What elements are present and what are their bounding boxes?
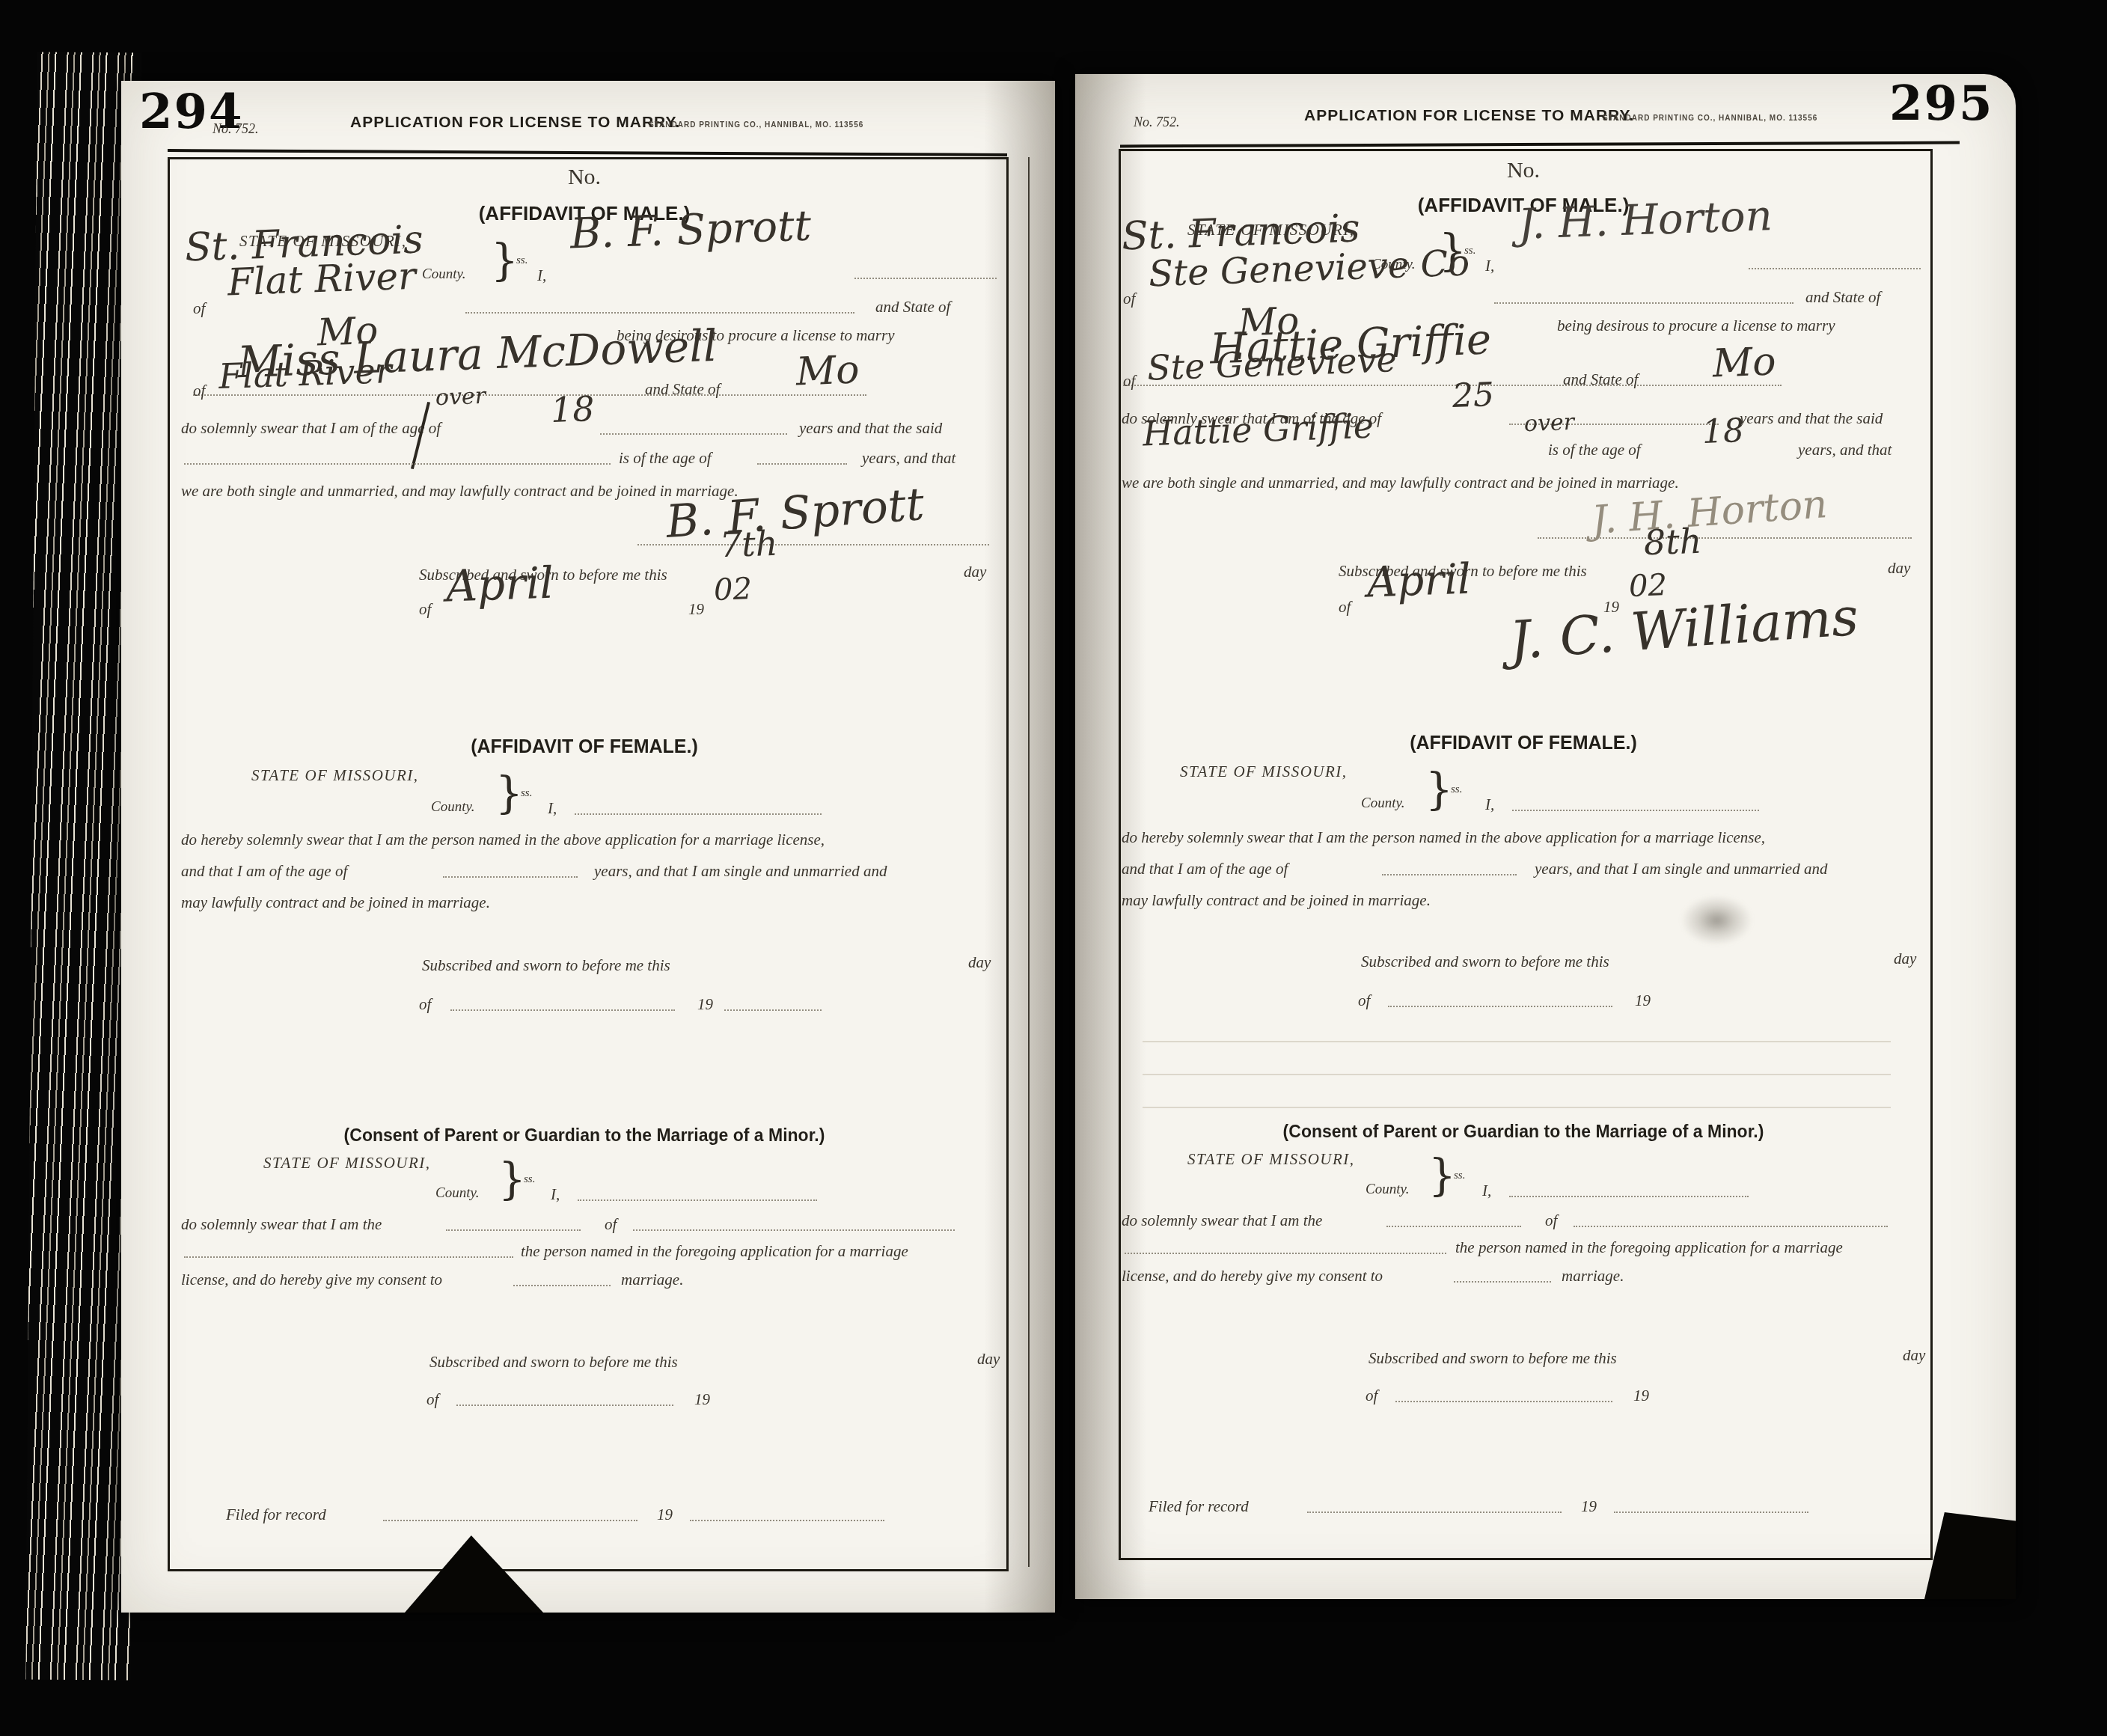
blank-line bbox=[578, 1199, 817, 1201]
blank-line bbox=[575, 813, 822, 815]
bride-residence-handwritten: Flat River bbox=[218, 353, 392, 394]
blank-line bbox=[1386, 1225, 1521, 1227]
and-state-of-label: and State of bbox=[875, 298, 950, 317]
female-swear-line: do hereby solemnly swear that I am the p… bbox=[1122, 828, 1765, 847]
ss-label: ss. bbox=[521, 787, 532, 800]
consent-of-label: of bbox=[1545, 1211, 1557, 1230]
year-handwritten: 02 bbox=[1628, 570, 1667, 602]
nineteen-label: 19 bbox=[1635, 991, 1651, 1010]
day-label: day bbox=[1888, 559, 1910, 578]
county-label: County. bbox=[422, 266, 466, 283]
page-294: 294 No. 752. APPLICATION FOR LICENSE TO … bbox=[121, 81, 1055, 1613]
and-state-of-label: and State of bbox=[1563, 370, 1638, 389]
consent-title: (Consent of Parent or Guardian to the Ma… bbox=[168, 1125, 1001, 1146]
male-age-line2: years and that the said bbox=[1740, 409, 1883, 428]
groom-residence-handwritten: Ste Genevieve Co bbox=[1148, 245, 1470, 293]
blank-line bbox=[465, 311, 854, 314]
blank-line bbox=[1512, 809, 1759, 811]
ss-label: ss. bbox=[524, 1173, 535, 1186]
groom-age-handwritten: 25 bbox=[1452, 379, 1495, 413]
and-state-of-label: and State of bbox=[1805, 288, 1880, 307]
nineteen-label: 19 bbox=[688, 600, 704, 619]
and-state-of-label: and State of bbox=[645, 380, 720, 399]
year-handwritten: 02 bbox=[713, 574, 752, 605]
county-label: County. bbox=[1366, 1182, 1410, 1198]
bride-age-handwritten: 18 bbox=[1701, 415, 1745, 449]
female-affidavit-title: (AFFIDAVIT OF FEMALE.) bbox=[1119, 733, 1928, 754]
consent-swear-line: do solemnly swear that I am the bbox=[1122, 1211, 1322, 1230]
i-label: I, bbox=[1485, 795, 1494, 814]
blank-line bbox=[854, 277, 997, 279]
form-title: APPLICATION FOR LICENSE TO MARRY. bbox=[350, 114, 680, 132]
subscribed-line: Subscribed and sworn to before me this bbox=[1369, 1349, 1617, 1368]
bride-state-handwritten: Mo bbox=[1712, 343, 1776, 384]
blank-line bbox=[600, 433, 787, 435]
brace: } bbox=[491, 235, 519, 286]
form-title: APPLICATION FOR LICENSE TO MARRY. bbox=[1304, 107, 1634, 125]
filed-for-record-label: Filed for record bbox=[1149, 1497, 1249, 1516]
state-label: STATE OF MISSOURI, bbox=[1187, 1150, 1355, 1169]
bride-residence-handwritten: Ste Genevieve bbox=[1146, 342, 1397, 385]
page-tear bbox=[1924, 1512, 2016, 1599]
nineteen-label: 19 bbox=[694, 1390, 710, 1409]
blank-line bbox=[1574, 1225, 1888, 1227]
blank-line bbox=[1749, 267, 1921, 269]
of-label: of bbox=[1358, 991, 1370, 1010]
i-label: I, bbox=[537, 266, 546, 285]
nineteen-label: 19 bbox=[1633, 1387, 1649, 1405]
over-handwritten: over bbox=[1523, 412, 1574, 435]
female-affidavit-title: (AFFIDAVIT OF FEMALE.) bbox=[168, 736, 1001, 758]
male-age-line1: do solemnly swear that I am of the age o… bbox=[181, 419, 441, 438]
form-number: No. 752. bbox=[212, 121, 259, 137]
county-label: County. bbox=[431, 799, 475, 816]
blank-line bbox=[443, 875, 578, 878]
blank-line bbox=[1125, 1252, 1446, 1254]
of-label: of bbox=[1339, 598, 1351, 617]
blank-line bbox=[1382, 873, 1517, 875]
blank-line bbox=[446, 1229, 581, 1231]
blank-line bbox=[1614, 1511, 1808, 1513]
subscribed-line: Subscribed and sworn to before me this bbox=[422, 956, 670, 975]
blank-line bbox=[450, 1009, 675, 1011]
of-label: of bbox=[426, 1390, 438, 1409]
male-single-line: we are both single and unmarried, and ma… bbox=[1122, 474, 1679, 492]
male-age-line3: is of the age of bbox=[619, 449, 712, 468]
blank-line bbox=[184, 462, 611, 465]
blank-line bbox=[1395, 1400, 1612, 1402]
groom-name-handwritten: J. H. Horton bbox=[1517, 195, 1773, 246]
consent-title: (Consent of Parent or Guardian to the Ma… bbox=[1119, 1122, 1928, 1142]
printer-imprint: STANDARD PRINTING CO., HANNIBAL, MO. 113… bbox=[649, 121, 863, 129]
faint-rule bbox=[1143, 1041, 1891, 1042]
county-label: County. bbox=[435, 1185, 480, 1202]
subscribed-line: Subscribed and sworn to before me this bbox=[1361, 953, 1609, 971]
groom-age-handwritten: 18 bbox=[550, 391, 595, 427]
county-label: County. bbox=[1361, 795, 1405, 812]
groom-name-handwritten: B. F. Sprott bbox=[569, 205, 812, 255]
female-swear-line: do hereby solemnly swear that I am the p… bbox=[181, 831, 825, 849]
ss-label: ss. bbox=[1454, 1170, 1465, 1182]
blank-line bbox=[757, 462, 847, 465]
male-age-line4: years, and that bbox=[1798, 441, 1892, 459]
i-label: I, bbox=[1485, 257, 1494, 275]
bride-state-handwritten: Mo bbox=[795, 351, 860, 392]
of-label: of bbox=[1366, 1387, 1377, 1405]
consent-license-line: license, and do hereby give my consent t… bbox=[1122, 1267, 1383, 1286]
brace: } bbox=[498, 1154, 526, 1205]
blank-line bbox=[456, 1404, 673, 1406]
blank-line bbox=[724, 1009, 822, 1011]
male-age-line2: years and that the said bbox=[799, 419, 942, 438]
signature-line bbox=[1538, 537, 1912, 539]
nineteen-label: 19 bbox=[1581, 1497, 1597, 1516]
blank-line bbox=[633, 1229, 955, 1231]
header-rule bbox=[1120, 141, 1960, 148]
blank-line bbox=[1509, 1195, 1749, 1197]
of-label: of bbox=[1123, 372, 1135, 391]
day-handwritten: 7th bbox=[719, 526, 778, 563]
day-handwritten: 8th bbox=[1643, 524, 1702, 560]
of-label: of bbox=[193, 382, 205, 400]
female-age-line3: may lawfully contract and be joined in m… bbox=[181, 893, 490, 912]
consent-marriage-label: marriage. bbox=[1562, 1267, 1624, 1286]
i-label: I, bbox=[1482, 1182, 1491, 1200]
brace: } bbox=[1425, 764, 1453, 815]
brace: } bbox=[495, 768, 523, 819]
female-age-line1: and that I am of the age of bbox=[181, 862, 347, 881]
consent-person-line: the person named in the foregoing applic… bbox=[521, 1242, 908, 1261]
day-label: day bbox=[977, 1350, 1000, 1369]
printer-imprint: STANDARD PRINTING CO., HANNIBAL, MO. 113… bbox=[1603, 114, 1817, 123]
male-single-line: we are both single and unmarried, and ma… bbox=[181, 482, 738, 501]
blank-line bbox=[690, 1519, 884, 1521]
ss-label: ss. bbox=[1451, 783, 1462, 796]
no-label: No. bbox=[168, 165, 1001, 190]
female-age-line2: years, and that I am single and unmarrie… bbox=[1535, 860, 1827, 878]
ink-smudge bbox=[1681, 896, 1752, 945]
i-label: I, bbox=[551, 1185, 560, 1204]
of-label: of bbox=[419, 995, 431, 1014]
blank-line bbox=[513, 1284, 611, 1286]
desirous-label: being desirous to procure a license to m… bbox=[1557, 317, 1835, 335]
month-handwritten: April bbox=[1366, 559, 1472, 605]
consent-license-line: license, and do hereby give my consent t… bbox=[181, 1271, 442, 1289]
female-age-line2: years, and that I am single and unmarrie… bbox=[594, 862, 887, 881]
blank-line bbox=[184, 1256, 513, 1258]
male-age-line3: is of the age of bbox=[1548, 441, 1641, 459]
bride-name2-handwritten: Hattie Griffie bbox=[1142, 409, 1374, 451]
blank-line bbox=[1307, 1511, 1562, 1513]
day-label: day bbox=[964, 563, 986, 581]
state-label: STATE OF MISSOURI, bbox=[263, 1154, 431, 1173]
of-label: of bbox=[193, 299, 205, 318]
faint-rule bbox=[1143, 1074, 1891, 1075]
day-label: day bbox=[1903, 1346, 1925, 1365]
male-age-line4: years, and that bbox=[862, 449, 955, 468]
groom-residence-handwritten: Flat River bbox=[227, 257, 416, 302]
month-handwritten: April bbox=[445, 561, 554, 608]
nineteen-label: 19 bbox=[697, 995, 713, 1014]
faint-rule bbox=[1143, 1107, 1891, 1108]
consent-swear-line: do solemnly swear that I am the bbox=[181, 1215, 382, 1234]
female-age-line3: may lawfully contract and be joined in m… bbox=[1122, 891, 1431, 910]
female-age-line1: and that I am of the age of bbox=[1122, 860, 1288, 878]
of-label: of bbox=[419, 600, 431, 619]
signature-line bbox=[637, 543, 989, 545]
blank-line bbox=[383, 1519, 637, 1521]
blank-line bbox=[1494, 302, 1793, 304]
page-fold-line bbox=[1028, 157, 1030, 1567]
of-label: of bbox=[1123, 290, 1135, 308]
blank-line bbox=[1454, 1280, 1551, 1283]
subscribed-line: Subscribed and sworn to before me this bbox=[429, 1353, 678, 1372]
no-label: No. bbox=[1119, 158, 1928, 183]
consent-marriage-label: marriage. bbox=[621, 1271, 683, 1289]
ss-label: ss. bbox=[516, 254, 527, 267]
page-number: 295 bbox=[1889, 76, 1994, 132]
day-label: day bbox=[1894, 950, 1916, 968]
blank-line bbox=[1388, 1005, 1612, 1007]
nineteen-label: 19 bbox=[657, 1506, 673, 1524]
filed-for-record-label: Filed for record bbox=[226, 1506, 326, 1524]
consent-of-label: of bbox=[605, 1215, 617, 1234]
state-label: STATE OF MISSOURI, bbox=[1180, 762, 1348, 781]
consent-person-line: the person named in the foregoing applic… bbox=[1455, 1238, 1843, 1257]
day-label: day bbox=[968, 953, 991, 972]
header-rule bbox=[168, 149, 1007, 156]
i-label: I, bbox=[548, 799, 557, 818]
form-number: No. 752. bbox=[1134, 114, 1180, 130]
over-handwritten: over bbox=[435, 385, 486, 409]
state-label: STATE OF MISSOURI, bbox=[251, 766, 419, 785]
brace: } bbox=[1428, 1150, 1456, 1201]
scanned-register-spread: 294 No. 752. APPLICATION FOR LICENSE TO … bbox=[0, 0, 2107, 1736]
page-295: 295 No. 752. APPLICATION FOR LICENSE TO … bbox=[1075, 74, 2016, 1599]
